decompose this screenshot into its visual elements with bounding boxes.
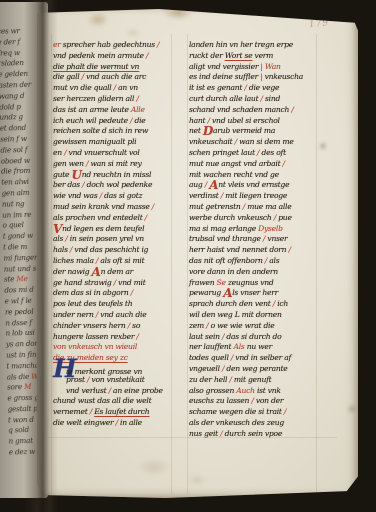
text-line: vnd pedenk mein armute / [53, 51, 175, 62]
text-line: ner lauffent Als nu wer [189, 342, 317, 353]
text-line: nus geit / durch sein vpoe [189, 429, 317, 440]
text-line: net Darub vermeid ma [189, 126, 317, 137]
text-line: die phalt die wermut vn [53, 62, 175, 73]
text-column-right: landen hin vn her tregn erperuckt der Wo… [189, 40, 317, 439]
stain [163, 6, 193, 20]
stain [319, 142, 327, 150]
text-line: werbe durch vnkeusch / pue [189, 213, 317, 224]
text-line: ber das / doch wol pedenke [53, 180, 175, 191]
folio-number: 179 [309, 18, 330, 30]
text-line: chinder vnsers hern / so [53, 321, 175, 332]
text-line: vernemet / Es laufet durch [53, 407, 175, 418]
text-line: ruckt der Wort se verm [189, 51, 317, 62]
text-line: von vnkeusch vn wieuil [53, 342, 175, 353]
text-line: zem / o we wie wrat die [189, 321, 317, 332]
text-line: herr haist vnd nennet dorn / [189, 245, 317, 256]
stain [187, 474, 207, 486]
text-line: todes quell / vnd in selber af [189, 353, 317, 364]
text-line: gute Und reuchtn in missl [53, 170, 175, 181]
text-line: als / in sein posen yrel vn [53, 234, 175, 245]
text-line: wie vnd was / das si gotz [53, 191, 175, 202]
text-line: die welt eingwer / in alle [53, 418, 175, 429]
manuscript-page: 179 er sprecher hab gedechtnus /vnd pede… [37, 6, 358, 498]
text-line: laut sein / das si durch do [189, 332, 317, 343]
text-line: trubsal vnd thrange / vnser [189, 234, 317, 245]
text-line: schand vnd schaden manch / [189, 105, 317, 116]
text-line: aligt vnd vergissier | Wan [189, 62, 317, 73]
text-line: sprach durch den vent / ich [189, 299, 317, 310]
stain [125, 28, 141, 38]
text-line: er sprecher hab gedechtnus / [53, 40, 175, 51]
text-line: mud sein krank vnd masse / [53, 202, 175, 213]
text-line: verdinst / mit liegen treoge [189, 191, 317, 202]
text-line: vore dann in den andern [189, 267, 317, 278]
text-line: als der vnkeusch des zeug [189, 418, 317, 429]
text-line: Vnd legen es dem teufel [53, 224, 175, 235]
text-line: vnkeuschait / wan si dem me [189, 137, 317, 148]
text-line: das ist an arme leute Alle [53, 105, 175, 116]
text-line: mut nue angst vnd arbait / [189, 159, 317, 170]
text-line: Hie merkont grosse vn [53, 364, 175, 375]
text-line: prost / von vnstetikait [53, 375, 175, 386]
text-line: aug / Ant vleis vnd ernstge [189, 180, 317, 191]
text-column-left: er sprecher hab gedechtnus /vnd pedenk m… [53, 40, 175, 429]
text-line: mut getrenstn / mue ma alle [189, 202, 317, 213]
text-line: frawen Se zeugnus vnd [189, 278, 317, 289]
text-line: das nit oft offenborn / als [189, 256, 317, 267]
ruling-line [187, 34, 188, 494]
text-line: euschs zu lassen / von der [189, 396, 317, 407]
text-line: wil den weg L mit dornen [189, 310, 317, 321]
stain [347, 404, 357, 414]
text-line: dem das si in abgorn / [53, 288, 175, 299]
manuscript-photo: ces wre der ffreq wrsladene geldenasten … [0, 0, 376, 512]
text-line: en / vnd vnuerschult vol [53, 148, 175, 159]
text-line: schame wegen die si trait / [189, 407, 317, 418]
text-line: curt durch alle laut / sind [189, 94, 317, 105]
text-line: gewissen manigualt pli [53, 137, 175, 148]
text-line: es ind deine suffler | vnkeuscha [189, 72, 317, 83]
text-line: also grossen Auch ist vnk [189, 386, 317, 397]
text-line: ge hand strawig / vnd mit [53, 278, 175, 289]
text-line: hungere lassen rexber / [53, 332, 175, 343]
text-line: mut vn die quall / an vn [53, 83, 175, 94]
text-line: der nawig An dem ar [53, 267, 175, 278]
text-line: liches mala / als oft si mit [53, 256, 175, 267]
text-line: die gall / vnd auch die arc [53, 72, 175, 83]
text-line: landen hin vn her tregn erpe [189, 40, 317, 51]
stain [137, 458, 171, 476]
text-line: it ist es genant / die vege [189, 83, 317, 94]
ruling-line [51, 34, 52, 494]
text-line: ma si mag erlange Dyselb [189, 224, 317, 235]
text-line: vngeuell / den weg perante [189, 364, 317, 375]
text-line: reichen solte d sich in rew [53, 126, 175, 137]
text-line: ser herczen glidern all / [53, 94, 175, 105]
stain [87, 12, 109, 27]
text-line: ich euch wil pedeute / die [53, 116, 175, 127]
text-line: schen pringet laut / des oft [189, 148, 317, 159]
text-line: als prochen vnd entedelt / [53, 213, 175, 224]
text-line: hals / vnd das peschicht ig [53, 245, 175, 256]
text-line: zu der hell / mit genuft [189, 375, 317, 386]
text-line: chund wust das all die welt [53, 396, 175, 407]
text-line: pos leut des teufels th [53, 299, 175, 310]
text-line: vnd verlust / an eine probe [53, 386, 175, 397]
text-line: pewarug Als vnser herr [189, 288, 317, 299]
text-line: under nern / vnd auch die [53, 310, 175, 321]
